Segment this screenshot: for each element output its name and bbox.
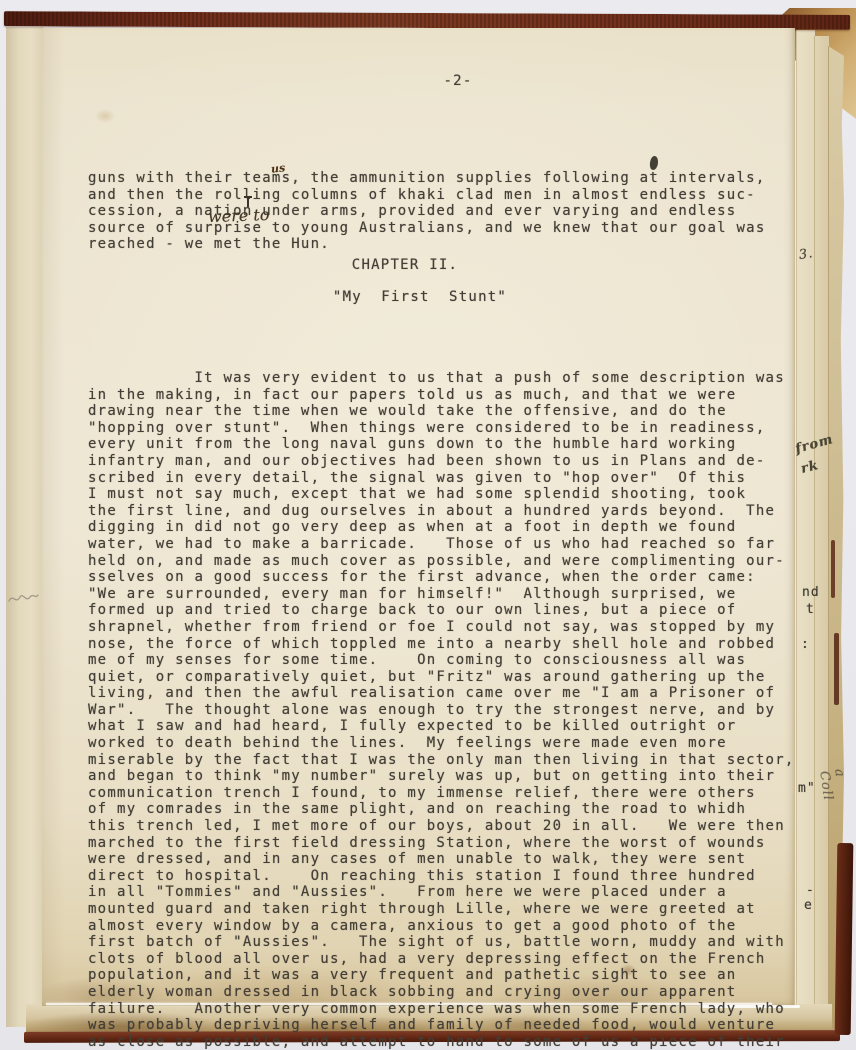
- typed-line: infantry man, and our objectives had bee…: [88, 453, 795, 470]
- typed-line: elderly woman dressed in black sobbing a…: [88, 984, 795, 1001]
- edge-fragment-cursive: 3.: [798, 246, 814, 263]
- chapter-heading: CHAPTER II.: [250, 257, 560, 274]
- typed-line: failure. Another very common experience …: [88, 1001, 795, 1018]
- typed-line: mounted guard and taken right through Li…: [88, 901, 795, 918]
- typed-line: It was very evident to us that a push of…: [88, 370, 795, 387]
- typed-line: water, we had to make a barricade. Those…: [88, 536, 795, 553]
- typed-line: living, and then the awful realisation c…: [88, 685, 795, 702]
- typed-line: as close as possible, and attempt to han…: [88, 1034, 795, 1050]
- typed-line: War". The thought alone was enough to tr…: [88, 702, 795, 719]
- typed-line: in the making, in fact our papers told u…: [88, 387, 795, 404]
- typed-line: direct to hospital. On reaching this sta…: [88, 868, 795, 885]
- typed-line: formed up and tried to charge back to ou…: [88, 602, 795, 619]
- typed-line: guns with their teams, the ammunition su…: [88, 170, 766, 187]
- typed-line: population, and it was a very frequent a…: [88, 967, 795, 984]
- edge-fragment-vertical-script: a Coll: [816, 768, 850, 802]
- typed-line: was probably depriving herself and famil…: [88, 1017, 795, 1034]
- handwritten-insertion: us: [270, 161, 285, 175]
- typed-line: every unit from the long naval guns down…: [88, 436, 795, 453]
- typed-line: worked to death behind the lines. My fee…: [88, 735, 795, 752]
- edge-fragment-typed: :: [801, 637, 810, 652]
- typed-line: the first line, and dug ourselves in abo…: [88, 503, 795, 520]
- typed-line: were dressed, and in any cases of men un…: [88, 851, 795, 868]
- scanned-book-page: -2- guns with their teams, the ammunitio…: [0, 0, 856, 1050]
- typed-line: cession, a nation under arms, provided a…: [88, 203, 766, 220]
- typed-line: "hopping over stunt". When things were c…: [88, 420, 795, 437]
- typed-line: drawing near the time when we would take…: [88, 403, 795, 420]
- edge-fragment-typed: t: [806, 602, 815, 617]
- edge-fragment-typed: nd: [802, 585, 820, 600]
- typed-line: clots of blood all over us, had a very d…: [88, 951, 795, 968]
- typed-line: quiet, or comparatively quiet, but "Frit…: [88, 669, 795, 686]
- edge-fragment-cursive: rk: [799, 458, 820, 477]
- body-paragraph: It was very evident to us that a push of…: [88, 322, 795, 1050]
- typed-line: held on, and made as much cover as possi…: [88, 553, 795, 570]
- typed-line: what I saw and had heard, I fully expect…: [88, 718, 795, 735]
- typed-line: "We are surrounded, every man for himsel…: [88, 586, 795, 603]
- page-text: -2- guns with their teams, the ammunitio…: [0, 0, 856, 1050]
- typed-line: in all "Tommies" and "Aussies". From her…: [88, 884, 795, 901]
- typed-line: digging in did not go very deep as when …: [88, 519, 795, 536]
- typed-line: communication trench I found, to my imme…: [88, 785, 795, 802]
- typed-line: shrapnel, whether from friend or foe I c…: [88, 619, 795, 636]
- typed-line: this trench led, I met more of our boys,…: [88, 818, 795, 835]
- typed-line: I must not say much, except that we had …: [88, 486, 795, 503]
- typed-line: first batch of "Aussies". The sight of u…: [88, 934, 795, 951]
- typed-line: me of my senses for some time. On coming…: [88, 652, 795, 669]
- chapter-subtitle: "My First Stunt": [265, 289, 575, 306]
- typed-line: almost every window by a camera, anxious…: [88, 918, 795, 935]
- typed-line: and began to think "my number" surely wa…: [88, 768, 795, 785]
- typed-line: nose, the force of which toppled me into…: [88, 636, 795, 653]
- typed-line: source of surprise to young Australians,…: [88, 220, 766, 237]
- intro-paragraph: guns with their teams, the ammunition su…: [88, 122, 766, 253]
- pencil-scribble: [6, 590, 40, 608]
- typed-line: and then the rolling columns of khaki cl…: [88, 187, 766, 204]
- typed-line: sselves on a good success for the first …: [88, 569, 795, 586]
- typed-line: miserable by the fact that I was the onl…: [88, 752, 795, 769]
- page-number: -2-: [398, 73, 518, 90]
- typed-line: scribed in every detail, the signal was …: [88, 470, 795, 487]
- edge-fragment-cursive: from: [794, 432, 836, 457]
- typed-line: marched to the first field dressing Stat…: [88, 835, 795, 852]
- handwritten-correction: were to: [208, 205, 270, 226]
- typed-line: of my comrades in the same plight, and o…: [88, 801, 795, 818]
- edge-fragment-typed: m": [798, 781, 816, 796]
- typed-line: reached - we met the Hun.: [88, 236, 766, 253]
- edge-fragment-typed: e: [804, 898, 813, 913]
- edge-fragment-typed: -: [806, 883, 815, 898]
